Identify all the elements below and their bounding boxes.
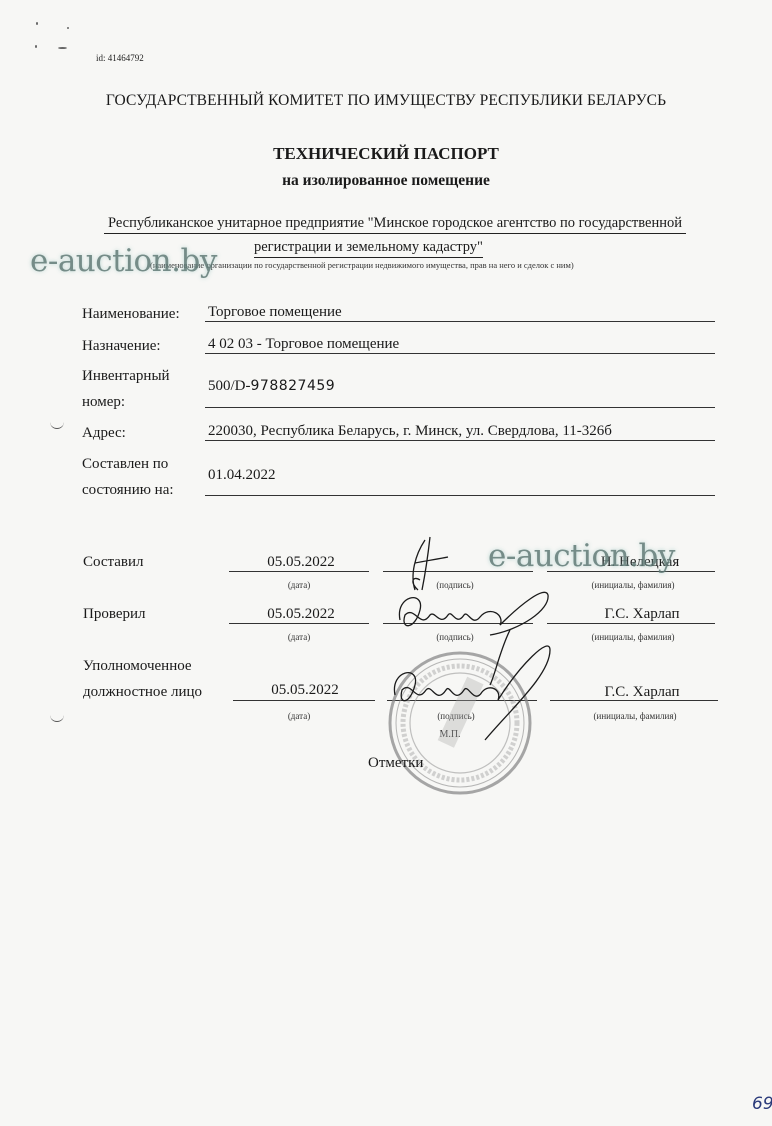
scan-speck (36, 22, 38, 25)
field-value-date: 01.04.2022 (208, 467, 276, 484)
signature-name: Г.С. Харлап (572, 684, 712, 701)
organization-line-1: Республиканское унитарное предприятие "М… (104, 215, 686, 234)
signature-rule (550, 700, 718, 701)
field-rule (205, 353, 715, 354)
caption-date: (дата) (269, 632, 329, 642)
field-rule (205, 495, 715, 496)
field-rule (205, 440, 715, 441)
document-subtitle: на изолированное помещение (0, 172, 772, 190)
field-label-date-2: состоянию на: (82, 478, 174, 502)
field-label-date-1: Составлен по (82, 452, 168, 476)
signature-rule (229, 623, 369, 624)
signature-name: Г.С. Харлап (572, 606, 712, 623)
inventory-handwritten: 978827459 (251, 378, 336, 394)
caption-name: (инициалы, фамилия) (568, 632, 698, 642)
margin-mark (50, 420, 64, 429)
field-value-purpose: 4 02 03 - Торговое помещение (208, 336, 399, 353)
document-id: id: 41464792 (96, 53, 144, 63)
document-page: id: 41464792 ГОСУДАРСТВЕННЫЙ КОМИТЕТ ПО … (0, 0, 772, 1126)
page-number: 69 (752, 1094, 772, 1114)
scan-speck (67, 27, 69, 29)
field-label-inventory-1: Инвентарный (82, 364, 170, 388)
field-rule (205, 407, 715, 408)
field-rule (205, 321, 715, 322)
signature-date: 05.05.2022 (236, 682, 374, 699)
caption-name: (инициалы, фамилия) (568, 580, 698, 590)
signature-role-official-2: должностное лицо (83, 684, 202, 701)
organization-line-2: регистрации и земельному кадастру" (254, 239, 483, 258)
watermark: e-auction.by (488, 538, 675, 574)
caption-name: (инициалы, фамилия) (570, 711, 700, 721)
field-label-address: Адрес: (82, 421, 126, 445)
notes-heading: Отметки (368, 755, 423, 772)
caption-date: (дата) (269, 711, 329, 721)
caption-date: (дата) (269, 580, 329, 590)
inventory-printed: 500/D- (208, 378, 251, 394)
scan-speck (58, 47, 67, 49)
field-label-inventory-2: номер: (82, 390, 125, 414)
signature-role-checked: Проверил (83, 606, 146, 623)
field-value-name: Торговое помещение (208, 304, 342, 321)
field-label-name: Наименование: (82, 302, 180, 326)
signature-rule (229, 571, 369, 572)
field-value-inventory: 500/D-978827459 (208, 378, 335, 395)
signature-rule (547, 623, 715, 624)
signature-date: 05.05.2022 (232, 554, 370, 571)
signature-date: 05.05.2022 (232, 606, 370, 623)
watermark: e-auction.by (30, 243, 217, 279)
signature-role-official-1: Уполномоченное (83, 658, 192, 675)
signature-rule (233, 700, 375, 701)
field-label-purpose: Назначение: (82, 334, 161, 358)
field-value-address: 220030, Республика Беларусь, г. Минск, у… (208, 423, 612, 440)
margin-mark (50, 713, 64, 722)
signature-role-compiled: Составил (83, 554, 144, 571)
committee-heading: ГОСУДАРСТВЕННЫЙ КОМИТЕТ ПО ИМУЩЕСТВУ РЕС… (0, 92, 772, 110)
document-title: ТЕХНИЧЕСКИЙ ПАСПОРТ (0, 144, 772, 164)
scan-speck (35, 45, 37, 48)
